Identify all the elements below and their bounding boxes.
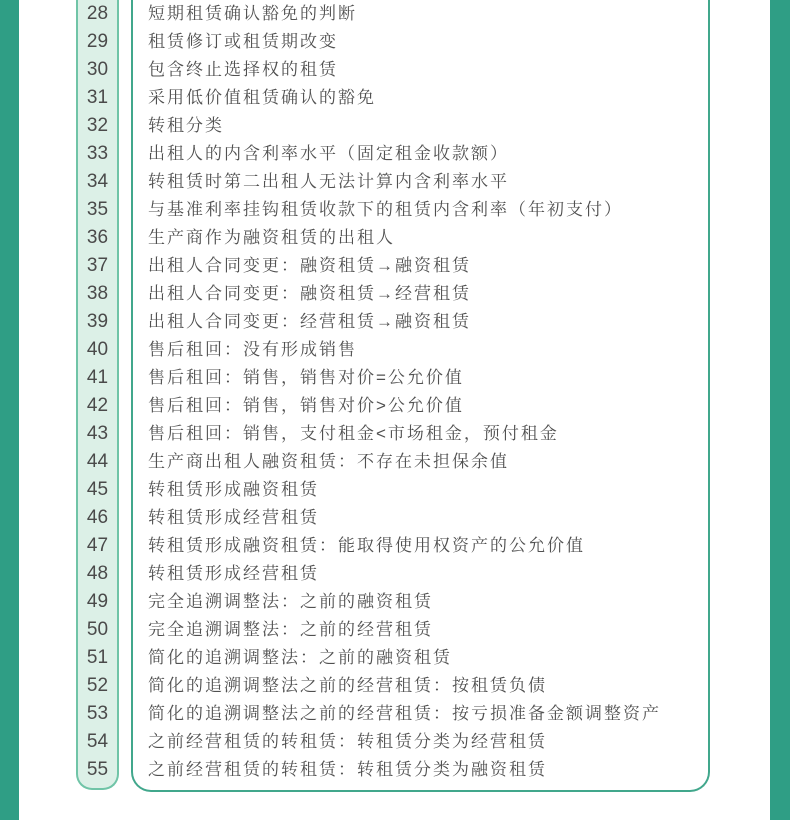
topic-row-text: 简化的追溯调整法之前的经营租赁：按租赁负债	[133, 672, 708, 700]
row-number: 48	[78, 560, 117, 588]
topic-row-text: 生产商作为融资租赁的出租人	[133, 224, 708, 252]
topic-row-text: 出租人的内含利率水平（固定租金收款额）	[133, 140, 708, 168]
topic-row-text: 转租赁形成经营租赁	[133, 504, 708, 532]
row-number: 51	[78, 644, 117, 672]
topic-row-text: 简化的追溯调整法之前的经营租赁：按亏损准备金额调整资产	[133, 700, 708, 728]
topic-row-text: 转租赁形成经营租赁	[133, 560, 708, 588]
row-number: 37	[78, 252, 117, 280]
topic-row-text: 出租人合同变更：经营租赁→融资租赁	[133, 308, 708, 336]
row-number: 33	[78, 140, 117, 168]
row-number: 47	[78, 532, 117, 560]
row-number: 55	[78, 756, 117, 784]
topic-row-text: 出租人合同变更：融资租赁→融资租赁	[133, 252, 708, 280]
row-number: 28	[78, 0, 117, 28]
topic-row-text: 转租赁形成融资租赁	[133, 476, 708, 504]
topic-row-text: 简化的追溯调整法：之前的融资租赁	[133, 644, 708, 672]
row-number: 38	[78, 280, 117, 308]
topic-row-text: 完全追溯调整法：之前的经营租赁	[133, 616, 708, 644]
row-number: 53	[78, 700, 117, 728]
topic-row-text: 采用低价值租赁确认的豁免	[133, 84, 708, 112]
topic-list: 短期租赁确认豁免的判断租赁修订或租赁期改变包含终止选择权的租赁采用低价值租赁确认…	[133, 0, 708, 784]
row-number: 39	[78, 308, 117, 336]
row-number: 44	[78, 448, 117, 476]
row-number: 49	[78, 588, 117, 616]
row-number: 31	[78, 84, 117, 112]
topic-list-panel: 短期租赁确认豁免的判断租赁修订或租赁期改变包含终止选择权的租赁采用低价值租赁确认…	[131, 0, 710, 792]
topic-row-text: 转租赁时第二出租人无法计算内含利率水平	[133, 168, 708, 196]
topic-row-text: 出租人合同变更：融资租赁→经营租赁	[133, 280, 708, 308]
row-number: 52	[78, 672, 117, 700]
topic-row-text: 租赁修订或租赁期改变	[133, 28, 708, 56]
row-number: 34	[78, 168, 117, 196]
right-accent-bar	[770, 0, 790, 820]
row-number: 43	[78, 420, 117, 448]
row-number: 29	[78, 28, 117, 56]
row-number: 46	[78, 504, 117, 532]
row-number-column: 2829303132333435363738394041424344454647…	[76, 0, 119, 790]
row-number: 42	[78, 392, 117, 420]
topic-row-text: 之前经营租赁的转租赁：转租赁分类为经营租赁	[133, 728, 708, 756]
topic-row-text: 售后租回：销售，销售对价>公允价值	[133, 392, 708, 420]
row-number: 40	[78, 336, 117, 364]
topic-row-text: 售后租回：销售，销售对价=公允价值	[133, 364, 708, 392]
row-number: 54	[78, 728, 117, 756]
row-number-list: 2829303132333435363738394041424344454647…	[78, 0, 117, 784]
row-number: 32	[78, 112, 117, 140]
row-number: 36	[78, 224, 117, 252]
topic-row-text: 之前经营租赁的转租赁：转租赁分类为融资租赁	[133, 756, 708, 784]
topic-row-text: 短期租赁确认豁免的判断	[133, 0, 708, 28]
topic-row-text: 售后租回：没有形成销售	[133, 336, 708, 364]
row-number: 50	[78, 616, 117, 644]
topic-row-text: 转租分类	[133, 112, 708, 140]
row-number: 30	[78, 56, 117, 84]
page: 2829303132333435363738394041424344454647…	[0, 0, 790, 820]
topic-row-text: 与基准利率挂钩租赁收款下的租赁内含利率（年初支付）	[133, 196, 708, 224]
row-number: 41	[78, 364, 117, 392]
topic-row-text: 包含终止选择权的租赁	[133, 56, 708, 84]
topic-row-text: 转租赁形成融资租赁：能取得使用权资产的公允价值	[133, 532, 708, 560]
topic-row-text: 售后租回：销售，支付租金<市场租金，预付租金	[133, 420, 708, 448]
topic-row-text: 完全追溯调整法：之前的融资租赁	[133, 588, 708, 616]
row-number: 35	[78, 196, 117, 224]
topic-row-text: 生产商出租人融资租赁：不存在未担保余值	[133, 448, 708, 476]
left-accent-bar	[0, 0, 19, 820]
row-number: 45	[78, 476, 117, 504]
